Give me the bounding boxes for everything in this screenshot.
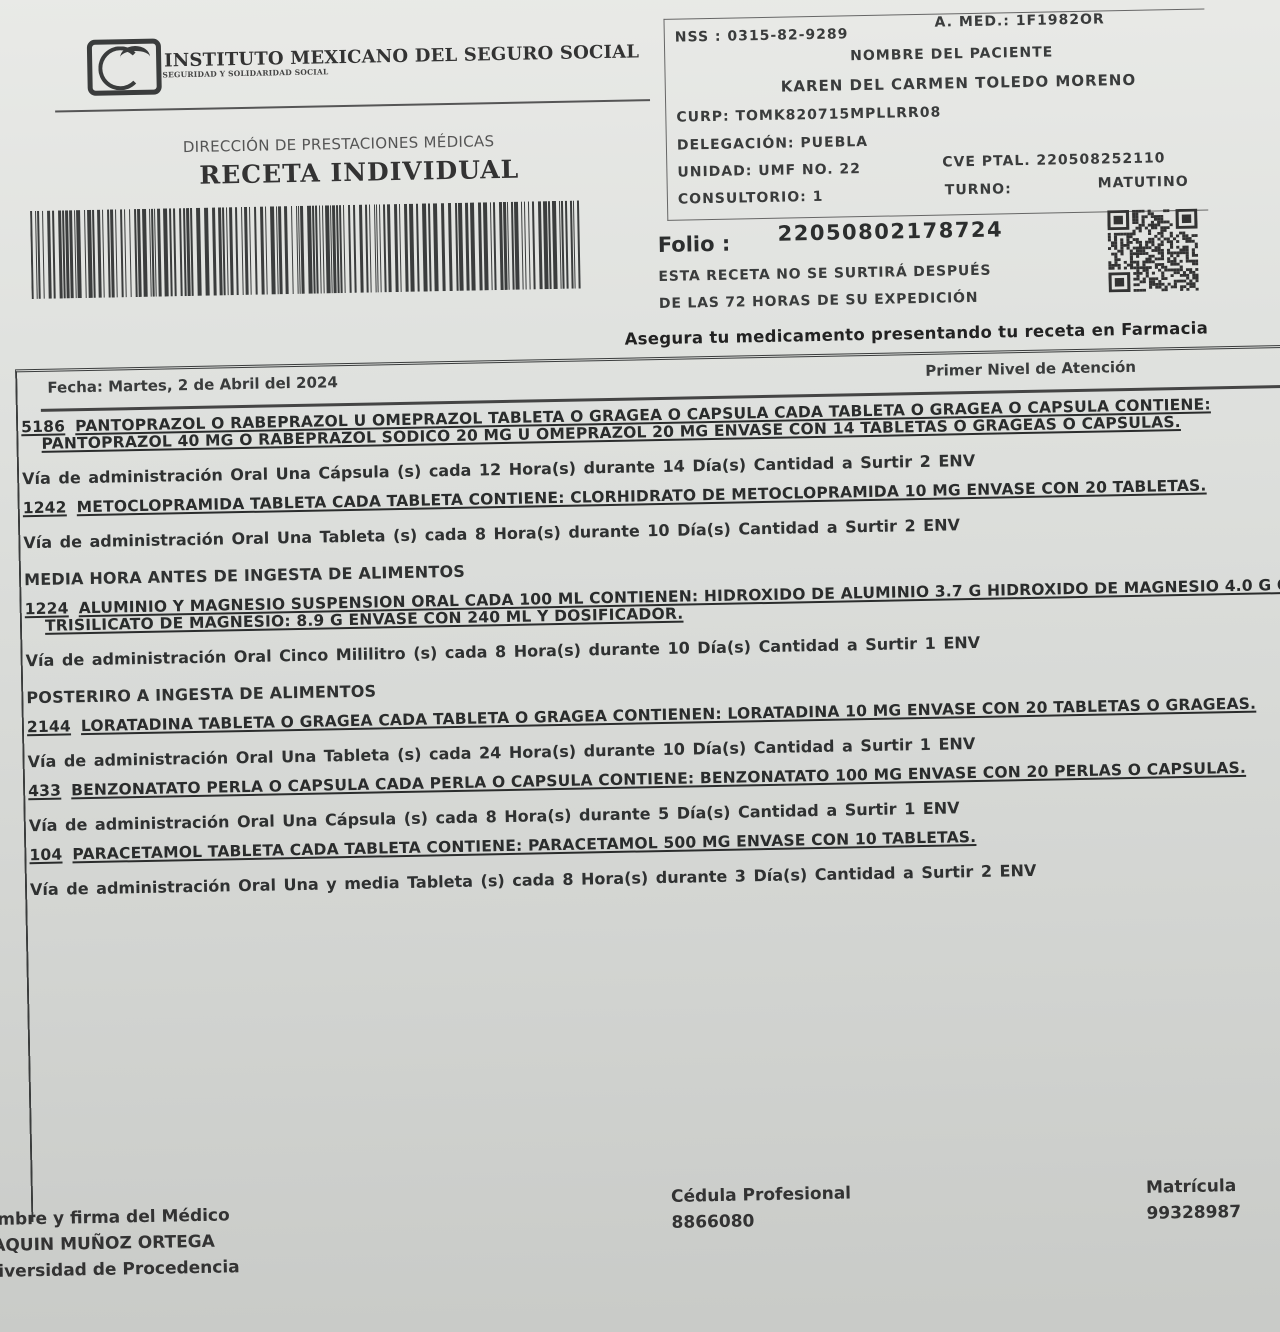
medication-item: 1242METOCLOPRAMIDA TABLETA CADA TABLETA … <box>23 475 1280 589</box>
cedula-block: Cédula Profesional 8866080 <box>671 1180 852 1235</box>
medication-code: 5186 <box>21 417 65 436</box>
nss: NSS : 0315-82-9289 <box>675 26 849 45</box>
medication-code: 433 <box>28 782 61 801</box>
medication-code: 104 <box>29 846 62 865</box>
a-med: A. MED.: 1F1982OR <box>934 11 1104 30</box>
medication-dosage: Vía de administración Oral Una Tableta (… <box>23 508 1280 552</box>
cve-ptal: CVE PTAL. 220508252110 <box>942 150 1165 170</box>
prescription-paper: INSTITUTO MEXICANO DEL SEGURO SOCIAL SEG… <box>0 0 1280 1280</box>
medication-code: 2144 <box>27 717 71 736</box>
medication-text: PARACETAMOL TABLETA CADA TABLETA CONTIEN… <box>72 828 976 863</box>
medication-code: 1242 <box>23 498 67 517</box>
medication-dosage: Vía de administración Oral Cinco Mililit… <box>25 626 1280 670</box>
matricula-label: Matrícula <box>1146 1173 1241 1201</box>
barcode-icon <box>30 200 588 299</box>
medication-item: 433BENZONATATO PERLA O CAPSULA CADA PERL… <box>28 758 1280 835</box>
matricula-block: Matrícula 99328987 <box>1146 1173 1242 1227</box>
curp: CURP: TOMK820715MPLLRR08 <box>676 105 941 126</box>
delegacion: DELEGACIÓN: PUEBLA <box>677 134 868 154</box>
cedula-number: 8866080 <box>671 1206 851 1235</box>
doctor-signature-block: Nombre y firma del Médico JOAQUIN MUÑOZ … <box>0 1202 240 1280</box>
document-title: RECETA INDIVIDUAL <box>199 155 519 190</box>
turno-label: TURNO: <box>945 181 1012 198</box>
institution-name: INSTITUTO MEXICANO DEL SEGURO SOCIAL <box>164 41 639 71</box>
expiry-warning-line2: DE LAS 72 HORAS DE SU EXPEDICIÓN <box>659 285 992 318</box>
university-label: Universidad de Procedencia <box>0 1254 240 1280</box>
medication-item: 1224ALUMINIO Y MAGNESIO SUSPENSION ORAL … <box>25 576 1280 707</box>
patient-name-label: NOMBRE DEL PACIENTE <box>850 44 1053 64</box>
department-title: DIRECCIÓN DE PRESTACIONES MÉDICAS <box>183 132 495 156</box>
folio-number: 22050802178724 <box>777 217 1003 245</box>
medication-item: 104PARACETAMOL TABLETA CADA TABLETA CONT… <box>29 822 1280 899</box>
cedula-label: Cédula Profesional <box>671 1180 851 1209</box>
turno: MATUTINO <box>1098 174 1189 192</box>
medication-list: 5186PANTOPRAZOL O RABEPRAZOL U OMEPRAZOL… <box>21 395 1280 912</box>
medication-code: 1224 <box>25 599 69 618</box>
pharmacy-banner: Asegura tu medicamento presentando tu re… <box>624 318 1208 348</box>
patient-info-box: NSS : 0315-82-9289 A. MED.: 1F1982OR NOM… <box>663 8 1208 220</box>
imss-eagle-logo-icon <box>87 39 162 96</box>
qr-code-icon <box>1107 209 1199 293</box>
consultorio: CONSULTORIO: 1 <box>678 189 824 208</box>
folio-label: Folio : <box>658 232 731 257</box>
unidad: UNIDAD: UMF NO. 22 <box>677 161 861 181</box>
header-divider <box>55 99 650 112</box>
institution-motto: SEGURIDAD Y SOLIDARIDAD SOCIAL <box>162 67 328 79</box>
expiry-warning: ESTA RECETA NO SE SURTIRÁ DESPUÉS DE LAS… <box>658 258 992 318</box>
patient-name: KAREN DEL CARMEN TOLEDO MORENO <box>781 71 1137 96</box>
matricula-number: 99328987 <box>1146 1199 1241 1227</box>
medication-item: 2144LORATADINA TABLETA O GRAGEA CADA TAB… <box>27 694 1280 771</box>
